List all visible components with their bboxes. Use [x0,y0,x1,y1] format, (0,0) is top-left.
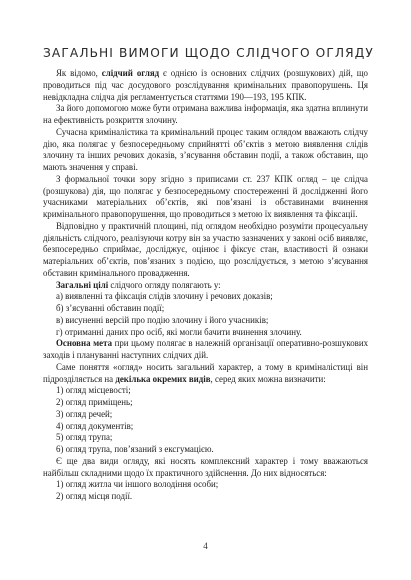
bold-term: слідчий огляд [102,68,159,78]
list-item: 3) огляд речей; [43,409,368,421]
paragraph: Відповідно у практичній площині, під огл… [43,221,368,280]
list-item: 4) огляд документів; [43,421,368,433]
list-item: б) з’ясуванні обставин події; [43,303,368,315]
paragraph: Сучасна криміналістика та кримінальний п… [43,127,368,174]
bold-term: декілька окремих видів [115,374,210,384]
list-item: 6) огляд трупа, пов’язаний з ексгумацією… [43,444,368,456]
list-item: 1) огляд місцевості; [43,385,368,397]
page-title: ЗАГАЛЬНІ ВИМОГИ ЩОДО СЛІДЧОГО ОГЛЯДУ [43,46,368,60]
list-item: г) отриманні даних про осіб, які могли б… [43,327,368,339]
paragraph-types: Саме поняття «огляд» носить загальний ха… [43,362,368,386]
list-item: в) висуненні версій про подію злочину і … [43,315,368,327]
text: Як відомо, [56,68,102,78]
text: , серед яких можна визначити: [211,374,326,384]
paragraph-goals: Загальні цілі слідчого огляду полягають … [43,280,368,292]
list-item: 5) огляд трупа; [43,432,368,444]
paragraph-main-goal: Основна мета при цьому полягає в належні… [43,338,368,362]
bold-term: Основна мета [56,338,112,348]
page-number: 4 [0,541,411,551]
list-item: а) виявленні та фіксація слідів злочину … [43,291,368,303]
document-body: Як відомо, слідчий огляд є однією із осн… [43,68,368,503]
list-item: 1) огляд житла чи іншого володіння особи… [43,479,368,491]
list-item: 2) огляд приміщень; [43,397,368,409]
text: слідчого огляду полягають у: [108,280,220,290]
bold-term: Загальні цілі [56,280,108,290]
paragraph: Є ще два види огляду, які носять комплек… [43,456,368,480]
paragraph-intro: Як відомо, слідчий огляд є однією із осн… [43,68,368,103]
paragraph: З формальної точки зору згідно з приписа… [43,174,368,221]
paragraph: За його допомогою може бути отримана важ… [43,103,368,127]
list-item: 2) огляд місця події. [43,491,368,503]
